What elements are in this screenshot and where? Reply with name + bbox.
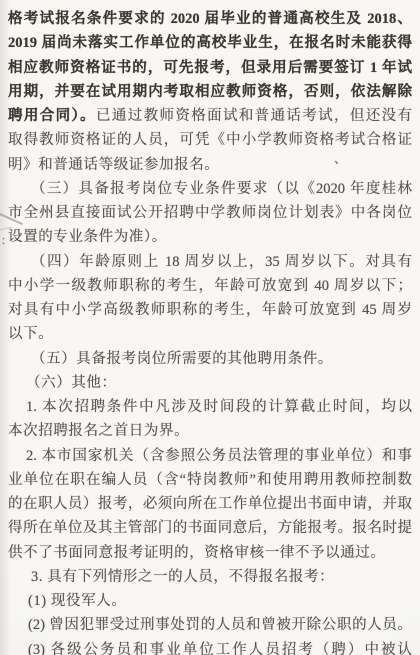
- doc-line: 得所在单位及其主管部门的书面同意后，方能报考。报名时提: [8, 516, 412, 540]
- doc-line: 聘用合同）。已通过教师资格面试和普通话考试，但还没有: [8, 104, 412, 128]
- doc-line: 本次招聘报名之首日为界。: [8, 419, 412, 443]
- doc-line: 对具有中小学高级教师职称的考生，年龄可放宽到 45 周岁: [8, 298, 412, 322]
- doc-line: 1. 本次招聘条件中凡涉及时间段的计算截止时间，均以: [8, 395, 412, 419]
- document-page: 格考试报名条件要求的 2020 届毕业的普通高校生及 2018、 2019 届尚…: [0, 0, 420, 655]
- doc-line: 2019 届尚未落实工作单位的高校毕业生，在报名时未能获得: [8, 31, 412, 55]
- doc-line-bold-segment: 聘用合同）。: [8, 108, 96, 124]
- doc-line: 市全州县直接面试公开招聘中学教师岗位计划表》中各岗位: [8, 201, 412, 225]
- scan-speck-colon: ：: [1, 236, 12, 247]
- scan-speck-comma: 、: [334, 152, 347, 165]
- doc-line-segment: 已通过教师资格面试和普通话考试，但还没有: [96, 108, 412, 124]
- doc-line: 业单位在职在编人员（含“特岗教师”和使用聘用教师控制数: [8, 468, 412, 492]
- doc-line: 明》和普通话等级证参加报名。: [8, 153, 412, 177]
- doc-line: (3) 各级公务员和事业单位工作人员招考（聘）中被认: [8, 638, 412, 655]
- doc-line: 相应教师资格证书的，可先报考，但录用后需要签订 1 年试: [8, 56, 412, 80]
- doc-line: (1) 现役军人。: [8, 589, 412, 613]
- doc-line: 2. 本市国家机关（含参照公务员法管理的事业单位）和事: [8, 444, 412, 468]
- doc-line: 的在职人员）报考，必须向所在工作单位提出书面申请，并取: [8, 492, 412, 516]
- doc-line: 用期，并要在试用期内考取相应教师资格，否则，依法解除: [8, 80, 412, 104]
- doc-line: 格考试报名条件要求的 2020 届毕业的普通高校生及 2018、: [8, 7, 412, 31]
- doc-line: 中小学一级教师职称的考生，年龄可放宽到 40 周岁以下；: [8, 274, 412, 298]
- doc-line: （四）年龄原则上 18 周岁以上，35 周岁以下。对具有: [8, 250, 412, 274]
- doc-line: （五）具备报考岗位所需要的其他聘用条件。: [8, 347, 412, 371]
- doc-line: 以下。: [8, 322, 412, 346]
- doc-line: 取得教师资格证的人员，可凭《中小学教师资格考试合格证: [8, 128, 412, 152]
- doc-line: （三）具备报考岗位专业条件要求（以《2020 年度桂林: [8, 177, 412, 201]
- doc-line: (2) 曾因犯罪受过刑事处罚的人员和曾被开除公职的人员。: [8, 613, 412, 637]
- doc-line: 设置的专业条件为准）。: [8, 225, 412, 249]
- doc-line: 3. 具有下列情形之一的人员，不得报名报考：: [8, 565, 412, 589]
- doc-line: （六）其他：: [8, 371, 412, 395]
- doc-line: 供不了书面同意报考证明的，资格审核一律不予以通过。: [8, 541, 412, 565]
